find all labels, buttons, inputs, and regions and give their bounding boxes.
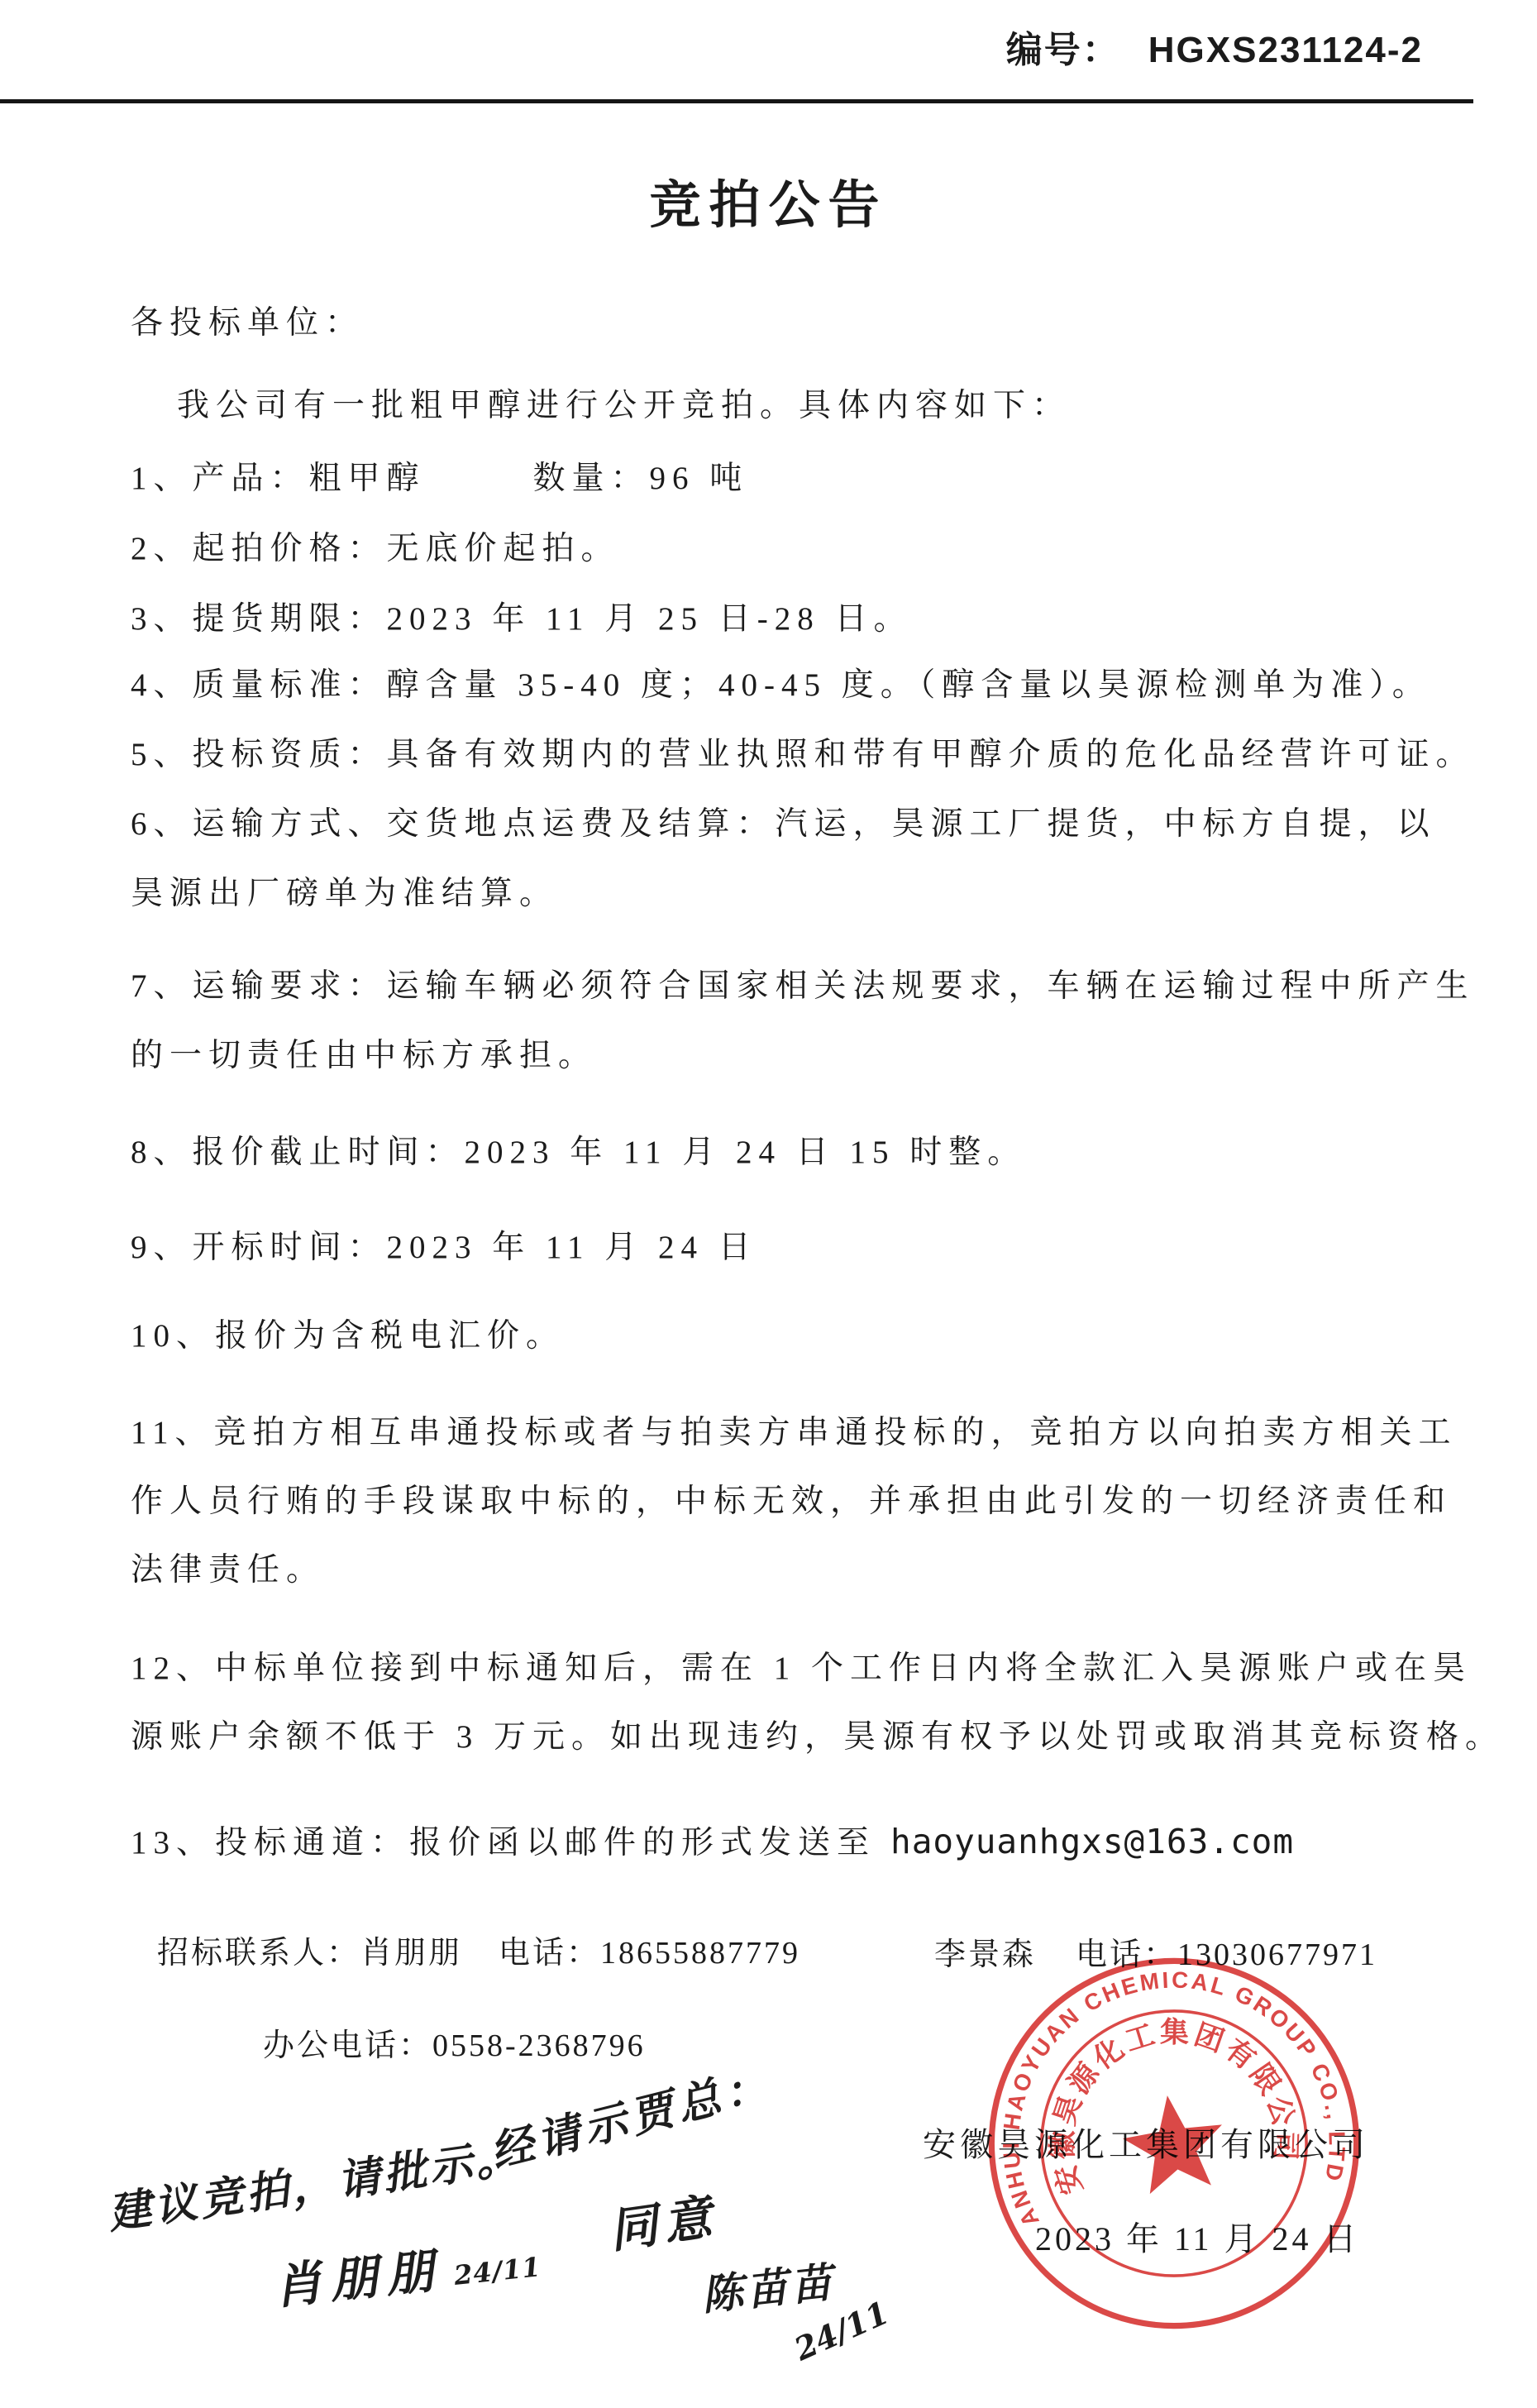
body-line: 作人员行贿的手段谋取中标的，中标无效，并承担由此引发的一切经济责任和	[131, 1482, 1452, 1522]
signature-name: 肖朋朋	[271, 2242, 445, 2315]
bid-email-address: haoyuanhgxs@163.com	[890, 1822, 1294, 1861]
body-line: 4、质量标准：醇含量 35-40 度；40-45 度。（醇含量以昊源检测单为准）…	[131, 666, 1431, 705]
seal-english-ring-text: ANHUI HAOYUAN CHEMICAL GROUP CO., LTD	[975, 1944, 1357, 2233]
body-line: 7、运输要求：运输车辆必须符合国家相关法规要求，车辆在运输过程中所产生	[131, 967, 1475, 1006]
body-line: 6、运输方式、交货地点运费及结算：汽运，昊源工厂提货，中标方自提，以	[131, 805, 1436, 844]
header-rule	[0, 99, 1473, 103]
body-line: 3、提货期限：2023 年 11 月 25 日-28 日。	[131, 600, 913, 639]
signature-date: 24/11	[452, 2251, 542, 2291]
handwritten-signature-chen: 陈苗苗	[699, 2249, 838, 2323]
handwritten-agree: 同意	[604, 2177, 722, 2262]
handwritten-signature-xiao: 肖朋朋24/11	[270, 2220, 543, 2317]
body-line-item1: 1、产品：粗甲醇数量：96 吨	[131, 459, 748, 499]
body-line: 12、中标单位接到中标通知后，需在 1 个工作日内将全款汇入昊源账户或在昊	[131, 1649, 1472, 1689]
body-line: 8、报价截止时间：2023 年 11 月 24 日 15 时整。	[131, 1133, 1026, 1173]
item1-quantity: 数量：96 吨	[533, 461, 749, 496]
contact-row-primary: 招标联系人：肖朋朋 电话：18655887779	[157, 1927, 800, 1972]
item1-product: 1、产品：粗甲醇	[131, 461, 426, 496]
body-line: 的一切责任由中标方承担。	[131, 1036, 597, 1076]
body-line: 昊源出厂磅单为准结算。	[131, 874, 558, 914]
seal-star-icon	[1118, 2089, 1230, 2197]
doc-number: 编号： HGXS231124-2	[1006, 20, 1423, 73]
handwritten-note-approval: 经请示贾总：	[483, 2050, 777, 2180]
body-line: 11、竞拍方相互串通投标或者与拍卖方串通投标的，竞拍方以向拍卖方相关工	[131, 1413, 1458, 1453]
handwritten-note-suggestion: 建议竞拍，请批示。	[103, 2121, 525, 2240]
scanned-document-page: 编号： HGXS231124-2 竞拍公告 各投标单位： 我公司有一批粗甲醇进行…	[0, 0, 1537, 2408]
body-line: 源账户余额不低于 3 万元。如出现违约，昊源有权予以处罚或取消其竞标资格。	[131, 1718, 1504, 1757]
doc-number-label: 编号：	[1006, 20, 1120, 73]
primary-contact-name: 招标联系人：肖朋朋	[157, 1927, 462, 1972]
body-line: 10、报价为含税电汇价。	[131, 1316, 565, 1356]
body-line: 9、开标时间：2023 年 11 月 24 日	[131, 1228, 757, 1268]
doc-number-value: HGXS231124-2	[1148, 30, 1423, 71]
item13-text: 13、投标通道：报价函以邮件的形式发送至	[131, 1825, 876, 1861]
primary-contact-phone: 电话：18655887779	[499, 1927, 800, 1972]
svg-text:ANHUI HAOYUAN CHEMICAL GROUP C: ANHUI HAOYUAN CHEMICAL GROUP CO., LTD	[975, 1944, 1357, 2233]
salutation: 各投标单位：	[131, 303, 364, 343]
office-phone: 办公电话：0558-2368796	[263, 2019, 646, 2065]
page-title: 竞拍公告	[0, 164, 1537, 237]
company-seal-stamp: ANHUI HAOYUAN CHEMICAL GROUP CO., LTD 安徽…	[953, 1923, 1394, 2363]
body-line: 5、投标资质：具备有效期内的营业执照和带有甲醇介质的危化品经营许可证。	[131, 735, 1475, 775]
body-line-item13: 13、投标通道：报价函以邮件的形式发送至haoyuanhgxs@163.com	[131, 1822, 1294, 1863]
body-line: 法律责任。	[131, 1550, 325, 1590]
body-line: 2、起拍价格：无底价起拍。	[131, 529, 620, 569]
intro-line: 我公司有一批粗甲醇进行公开竞拍。具体内容如下：	[131, 386, 1071, 426]
